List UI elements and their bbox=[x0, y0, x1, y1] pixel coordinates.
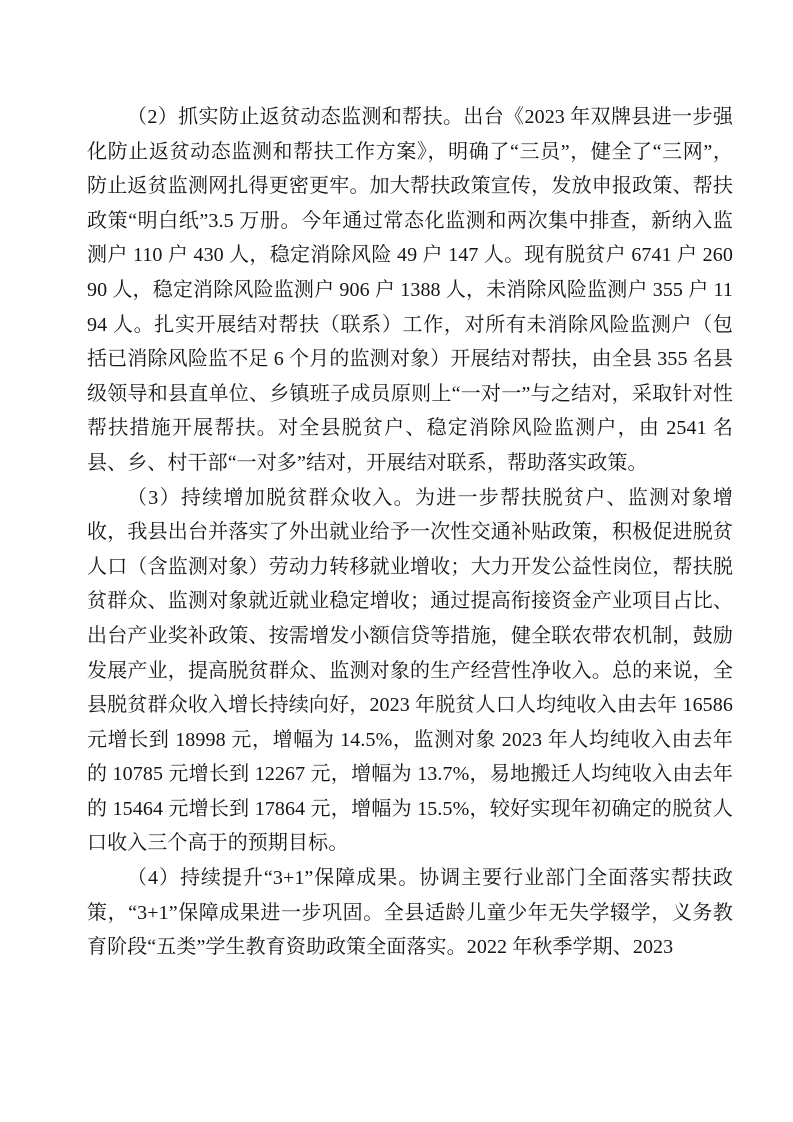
paragraph-4-guarantee-achievements: （4）持续提升“3+1”保障成果。协调主要行业部门全面落实帮扶政策，“3+1”保… bbox=[87, 861, 733, 965]
paragraph-2-monitoring-and-assistance: （2）抓实防止返贫动态监测和帮扶。出台《2023 年双牌县进一步强化防止返贫动态… bbox=[87, 100, 733, 481]
paragraph-3-income-growth: （3）持续增加脱贫群众收入。为进一步帮扶脱贫户、监测对象增收，我县出台并落实了外… bbox=[87, 481, 733, 862]
document-page: （2）抓实防止返贫动态监测和帮扶。出台《2023 年双牌县进一步强化防止返贫动态… bbox=[0, 0, 793, 1122]
document-viewport: { "document": { "type": "official-report… bbox=[0, 0, 793, 1122]
